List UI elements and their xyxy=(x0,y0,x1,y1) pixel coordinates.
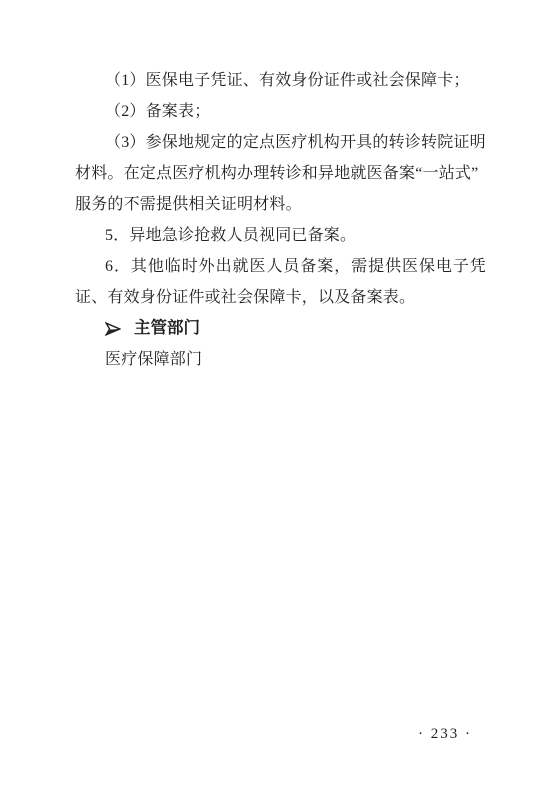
book-page: （1）医保电子凭证、有效身份证件或社会保障卡； （2）备案表； （3）参保地规定… xyxy=(0,0,559,793)
page-number: · 233 · xyxy=(418,726,472,743)
paragraph-line: 5．异地急诊抢救人员视同已备案。 xyxy=(75,220,486,251)
paragraph-line: （2）备案表； xyxy=(75,96,486,127)
section-heading: 主管部门 xyxy=(75,313,486,344)
section-heading-label: 主管部门 xyxy=(134,313,200,344)
arrow-bullet-icon xyxy=(105,322,121,336)
paragraph-line: 证、有效身份证件或社会保障卡，以及备案表。 xyxy=(75,282,486,313)
paragraph-line: （1）医保电子凭证、有效身份证件或社会保障卡； xyxy=(75,65,486,96)
paragraph-line: 医疗保障部门 xyxy=(75,344,486,375)
paragraph-line: 6．其他临时外出就医人员备案，需提供医保电子凭 xyxy=(75,251,486,282)
paragraph-line: 服务的不需提供相关证明材料。 xyxy=(75,189,486,220)
text-block: （1）医保电子凭证、有效身份证件或社会保障卡； （2）备案表； （3）参保地规定… xyxy=(75,65,486,375)
paragraph-line: （3）参保地规定的定点医疗机构开具的转诊转院证明 xyxy=(75,127,486,158)
paragraph-line: 材料。在定点医疗机构办理转诊和异地就医备案“一站式” xyxy=(75,158,486,189)
